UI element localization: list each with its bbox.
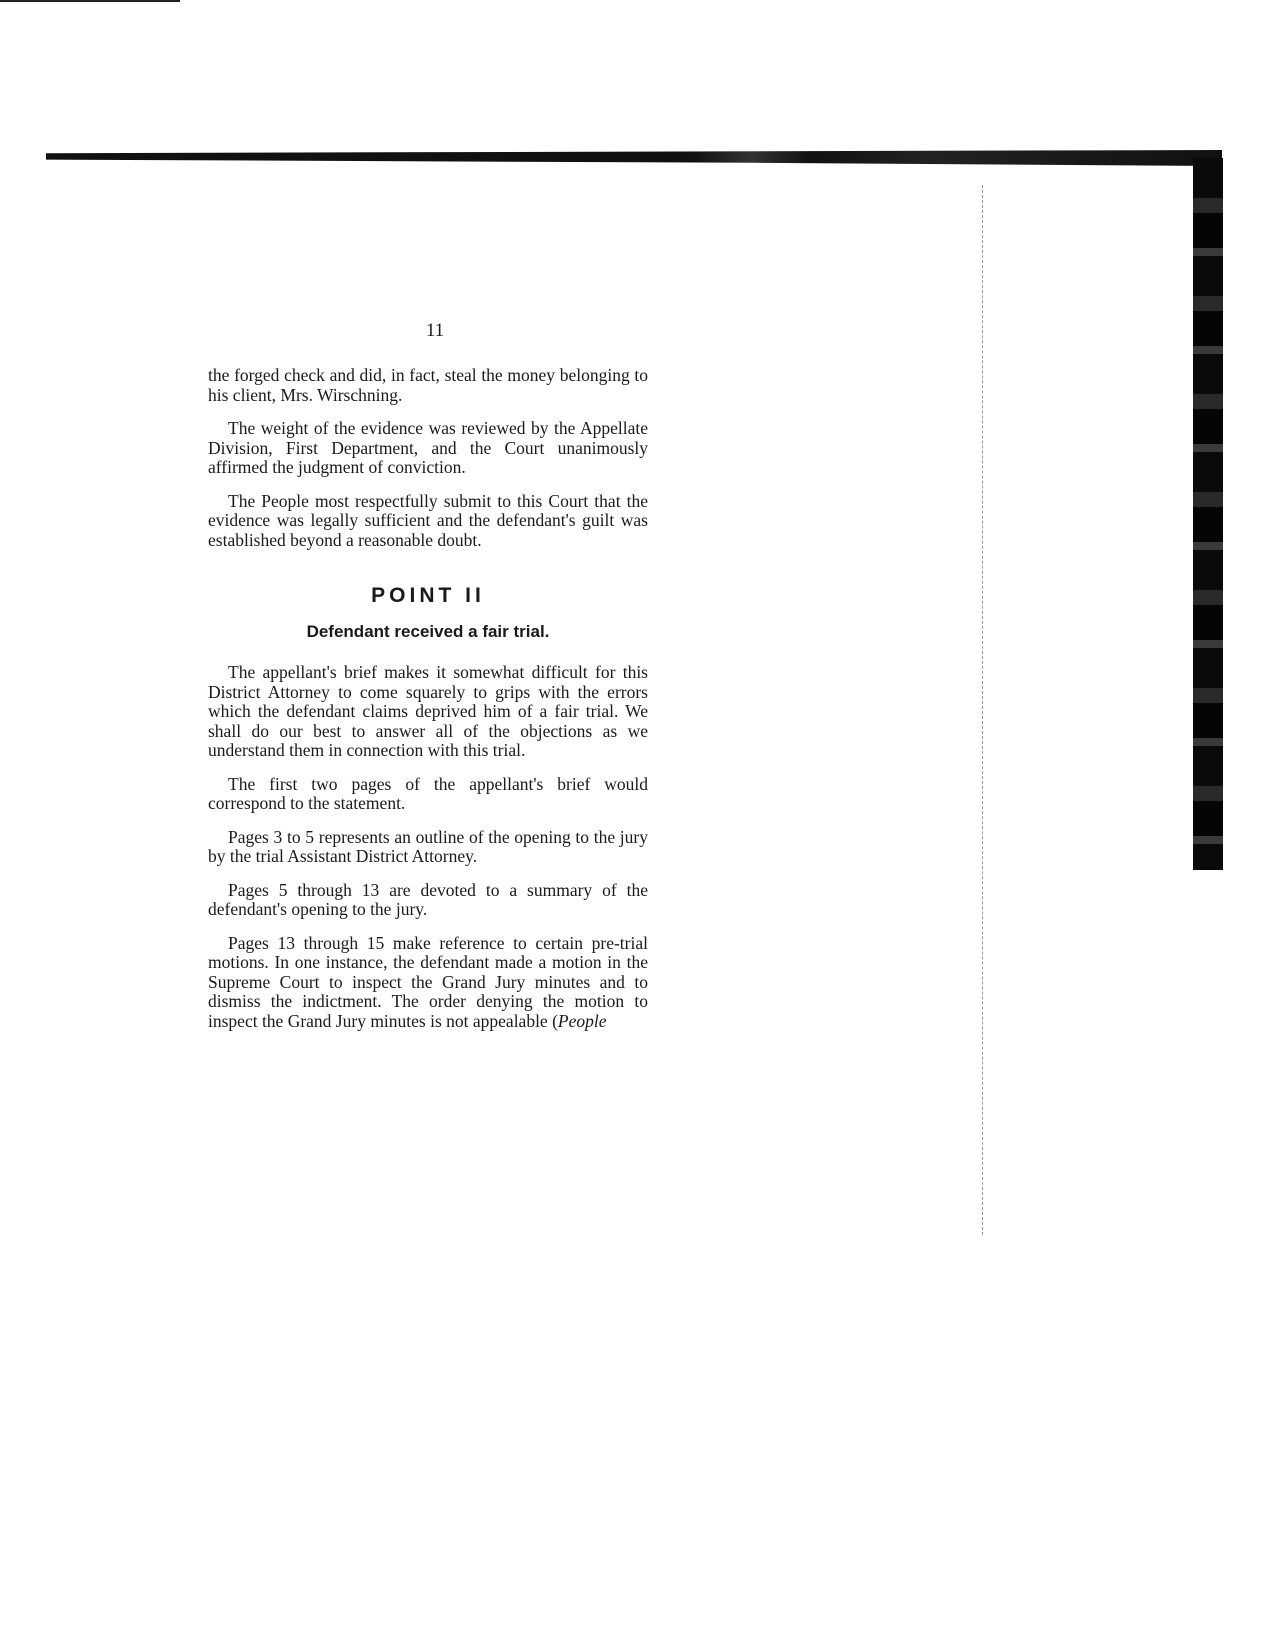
scan-page-edge bbox=[982, 185, 983, 1235]
paragraph: Pages 3 to 5 represents an outline of th… bbox=[208, 828, 648, 867]
case-citation: People bbox=[558, 1011, 607, 1031]
point-subheading: Defendant received a fair trial. bbox=[208, 622, 648, 642]
body-text: the forged check and did, in fact, steal… bbox=[208, 366, 648, 1045]
scan-artifact-line bbox=[0, 0, 180, 2]
paragraph: Pages 13 through 15 make reference to ce… bbox=[208, 934, 648, 1032]
paragraph: The People most respectfully submit to t… bbox=[208, 492, 648, 551]
paragraph: The first two pages of the appellant's b… bbox=[208, 775, 648, 814]
point-heading: POINT II bbox=[208, 586, 648, 606]
scan-border-top bbox=[46, 150, 1222, 166]
paragraph: the forged check and did, in fact, steal… bbox=[208, 366, 648, 405]
paragraph: The weight of the evidence was reviewed … bbox=[208, 419, 648, 478]
page-number: 11 bbox=[420, 320, 450, 342]
paragraph: The appellant's brief makes it somewhat … bbox=[208, 663, 648, 761]
paragraph: Pages 5 through 13 are devoted to a summ… bbox=[208, 881, 648, 920]
scan-border-right bbox=[1193, 158, 1223, 870]
